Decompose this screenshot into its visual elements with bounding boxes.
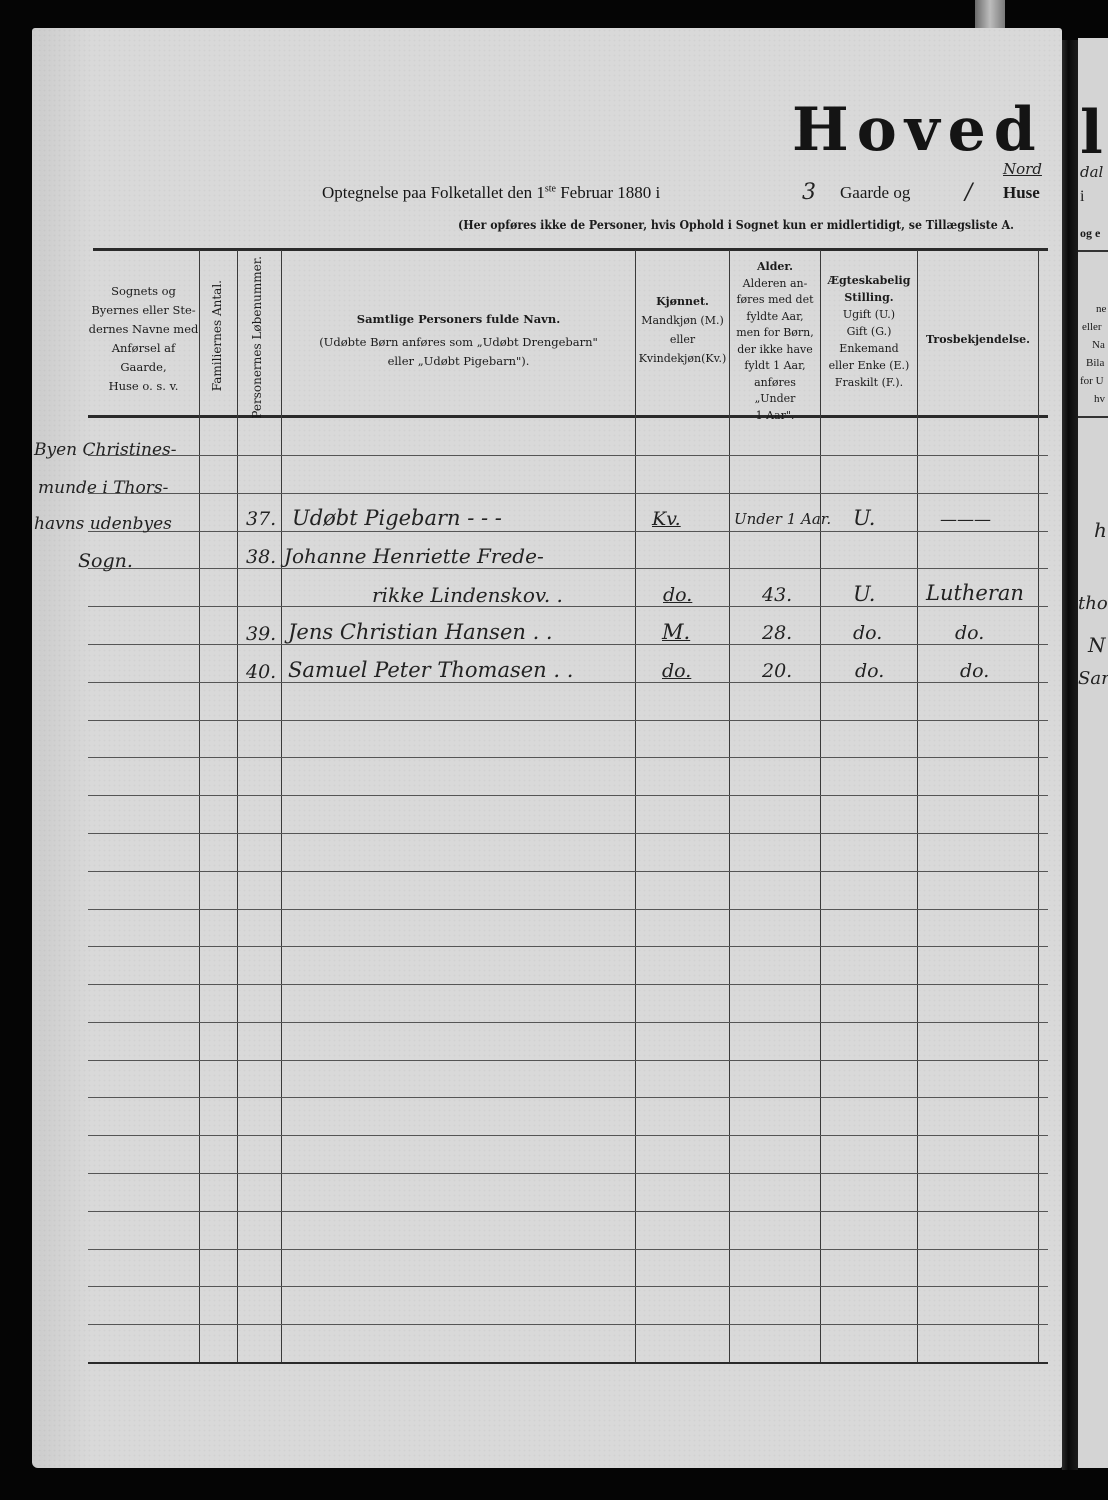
header-person-number: Personernes Løbenummer. [250, 256, 264, 419]
header-line: Alderen an- [730, 276, 820, 293]
person-marital: do. [853, 624, 882, 643]
scan-holder-strip [975, 0, 1005, 30]
person-name: Udøbt Pigebarn - - - [292, 508, 502, 529]
person-marital: do. [855, 662, 884, 681]
header-line: 1 Aar". [730, 408, 820, 425]
header-family-count: Familiernes Antal. [210, 280, 224, 391]
place-entry-line: munde i Thors- [38, 478, 168, 498]
person-number: 38. [246, 548, 276, 567]
header-line: Huse o. s. v. [88, 377, 199, 396]
gaarde-label: Gaarde og [840, 183, 910, 203]
person-number: 37. [246, 510, 276, 529]
person-name-continuation: rikke Lindenskov. . [372, 585, 563, 605]
adjacent-entry-fragment: San [1078, 668, 1108, 689]
header-line: Byernes eller Ste- [88, 301, 199, 320]
row-rule [88, 1211, 1048, 1212]
header-age: Alder. Alderen an- føres med det fyldte … [730, 259, 820, 424]
row-rule [88, 795, 1048, 796]
header-line: men for Børn, [730, 325, 820, 342]
subtitle-prefix: Optegnelse paa Folketallet den 1 [322, 183, 545, 202]
person-sex: M. [662, 622, 690, 643]
gaarde-count: 3 [802, 180, 816, 205]
header-line: eller [636, 330, 729, 349]
page-title: Hoved [792, 100, 1044, 160]
header-marital: Ægteskabelig Stilling. Ugift (U.) Gift (… [821, 272, 917, 391]
row-rule [88, 1022, 1048, 1023]
header-line: eller „Udøbt Pigebarn"). [282, 352, 635, 371]
row-rule [88, 946, 1048, 947]
adjacent-column-fragment: hv [1094, 393, 1105, 405]
header-line: dernes Navne med [88, 320, 199, 339]
column-divider [917, 250, 918, 1363]
header-place: Sognets og Byernes eller Ste- dernes Nav… [88, 282, 199, 396]
column-divider [1038, 250, 1039, 1363]
table-bottom-rule [88, 1362, 1048, 1364]
row-rule [88, 606, 1048, 607]
header-line: Sognets og [88, 282, 199, 301]
huse-label: Huse [1003, 183, 1040, 203]
row-rule [88, 1135, 1048, 1136]
header-sex: Kjønnet. Mandkjøn (M.) eller Kvindekjøn(… [636, 292, 729, 368]
person-marital: U. [853, 508, 875, 529]
header-line: Fraskilt (F.). [821, 374, 917, 391]
row-rule [88, 1060, 1048, 1061]
handwritten-note: Nord [1003, 160, 1042, 178]
header-title: Ægteskabelig [821, 272, 917, 289]
adjacent-column-fragment: Bila [1086, 357, 1104, 369]
header-line: anføres [730, 375, 820, 392]
column-divider [281, 250, 282, 1363]
adjacent-column-fragment: for U [1080, 375, 1104, 387]
header-line: Kvindekjøn(Kv.) [636, 349, 729, 368]
place-entry-line: Sogn. [78, 550, 133, 572]
row-rule [88, 720, 1048, 721]
adjacent-title-fragment: l [1080, 103, 1103, 163]
row-rule [88, 568, 1048, 569]
header-line: der ikke have [730, 342, 820, 359]
subtitle-middle: Februar 1880 i [556, 183, 660, 202]
column-divider [237, 250, 238, 1363]
instruction-text: (Her opføres ikke de Personer, hvis Opho… [458, 217, 1014, 232]
census-page [32, 28, 1062, 1468]
header-line: føres med det [730, 292, 820, 309]
person-religion: do. [955, 624, 984, 643]
person-religion: do. [960, 662, 989, 681]
row-rule [88, 1324, 1048, 1325]
adjacent-rule [1078, 250, 1108, 252]
row-rule [88, 531, 1048, 532]
adjacent-column-fragment: Na [1092, 339, 1105, 351]
header-line: Anførsel af Gaarde, [88, 339, 199, 377]
census-subtitle: Optegnelse paa Folketallet den 1ste Febr… [322, 183, 660, 203]
person-marital: U. [853, 584, 875, 605]
adjacent-entry-fragment: h [1094, 518, 1107, 542]
row-rule [88, 1097, 1048, 1098]
person-name: Johanne Henriette Frede- [284, 546, 544, 566]
row-rule [88, 644, 1048, 645]
row-rule [88, 493, 1048, 494]
header-line: fyldte Aar, [730, 309, 820, 326]
header-line: Enkemand [821, 340, 917, 357]
person-age: Under 1 Aar. [734, 512, 831, 527]
header-title: Samtlige Personers fulde Navn. [282, 310, 635, 329]
header-line: „Under [730, 391, 820, 408]
adjacent-header-fragment: i [1080, 188, 1084, 206]
person-number: 40. [246, 663, 276, 682]
row-rule [88, 1286, 1048, 1287]
row-rule [88, 984, 1048, 985]
adjacent-entry-fragment: N [1088, 633, 1106, 657]
row-rule [88, 909, 1048, 910]
row-rule [88, 1173, 1048, 1174]
adjacent-column-fragment: eller [1082, 321, 1102, 333]
header-bottom-rule [88, 415, 1048, 418]
person-age: 20. [762, 662, 792, 681]
person-name: Jens Christian Hansen . . [288, 622, 553, 643]
person-sex: do. [663, 586, 692, 605]
header-line: Mandkjøn (M.) [636, 311, 729, 330]
adjacent-header-fragment: og e [1080, 226, 1100, 241]
place-entry-line: Byen Christines- [34, 440, 177, 460]
header-name: Samtlige Personers fulde Navn. (Udøbte B… [282, 310, 635, 371]
header-title: Stilling. [821, 289, 917, 306]
row-rule [88, 455, 1048, 456]
person-age: 28. [762, 624, 792, 643]
adjacent-rule [1078, 416, 1108, 418]
header-line: eller Enke (E.) [821, 357, 917, 374]
header-line: (Udøbte Børn anføres som „Udøbt Drengeba… [282, 333, 635, 352]
header-title: Kjønnet. [636, 292, 729, 311]
page-edge-shade [32, 28, 92, 1468]
book-binding-gutter [1062, 40, 1078, 1470]
person-religion: ——— [940, 512, 991, 529]
header-line: Gift (G.) [821, 323, 917, 340]
column-divider [199, 250, 200, 1363]
person-sex: do. [662, 662, 691, 681]
header-line: Ugift (U.) [821, 306, 917, 323]
huse-count: / [965, 180, 972, 205]
row-rule [88, 682, 1048, 683]
person-name: Samuel Peter Thomasen . . [288, 660, 573, 681]
subtitle-superscript: ste [545, 183, 556, 194]
header-religion: Trosbekjendelse. [918, 330, 1038, 349]
person-number: 39. [246, 625, 276, 644]
column-divider [635, 250, 636, 1363]
place-entry-line: havns udenbyes [34, 514, 172, 534]
column-divider [820, 250, 821, 1363]
row-rule [88, 833, 1048, 834]
person-religion: Lutheran [926, 583, 1024, 604]
header-title: Alder. [730, 259, 820, 276]
adjacent-entry-fragment: thor [1078, 593, 1108, 614]
header-line: fyldt 1 Aar, [730, 358, 820, 375]
adjacent-column-fragment: ne [1096, 303, 1106, 315]
person-sex: Kv. [652, 510, 681, 529]
adjacent-page: dal i og e ne eller Na Bila for U hv h t… [1078, 38, 1108, 1468]
row-rule [88, 871, 1048, 872]
person-age: 43. [762, 586, 792, 605]
row-rule [88, 757, 1048, 758]
row-rule [88, 1249, 1048, 1250]
